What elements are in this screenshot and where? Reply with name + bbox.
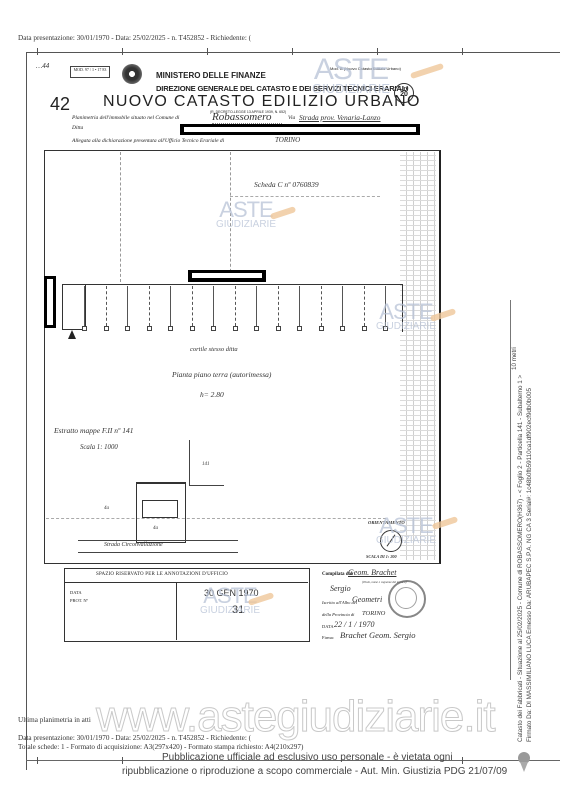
parcel-b-label: 4a xyxy=(153,526,158,531)
ufficio-value: TORINO xyxy=(275,136,300,144)
footer-publication-line2: ripubblicazione o riproduzione a scopo c… xyxy=(122,766,507,777)
garage-post xyxy=(340,326,345,331)
pianta-label: Pianta piano terra (autorimessa) xyxy=(172,370,271,379)
strada-label: Strada Circonvallazione xyxy=(104,542,163,548)
garage-divider xyxy=(170,286,171,326)
garage-divider xyxy=(106,286,107,326)
footer-ultima: Ultima planimetria in atti xyxy=(18,716,91,724)
office-box xyxy=(64,568,310,642)
map-line xyxy=(189,485,224,486)
firma-value: Brachet Geom. Sergio xyxy=(340,630,415,640)
frame-left-ruler xyxy=(26,52,27,770)
ruler-tick xyxy=(462,48,463,55)
garage-divider xyxy=(299,286,300,326)
ruler-tick xyxy=(37,757,38,764)
republic-emblem-icon xyxy=(122,64,142,84)
row1-label: Planimetria dell'immobile situato nel Co… xyxy=(72,115,179,121)
road-line xyxy=(78,540,238,541)
garage-post xyxy=(125,326,130,331)
ruler-tick xyxy=(37,48,38,55)
frame-top-ruler xyxy=(26,52,560,53)
garage-divider xyxy=(84,286,85,326)
garage-post xyxy=(190,326,195,331)
garage-divider xyxy=(321,286,322,326)
garage-post xyxy=(147,326,152,331)
road-line xyxy=(78,552,238,553)
header-presentation-line: Data presentazione: 30/01/1970 - Data: 2… xyxy=(18,34,251,42)
garage-divider xyxy=(256,286,257,326)
redaction-plan xyxy=(188,270,266,282)
watermark-aste: ASTE GIUDIZIARIE xyxy=(312,56,390,95)
garage-post xyxy=(319,326,324,331)
estratto-label: Estratto mappe F.II nº 141 xyxy=(54,426,133,435)
ruler-tick xyxy=(292,48,293,55)
garage-post xyxy=(168,326,173,331)
entrance-arrow-icon xyxy=(68,330,76,339)
side-scale-label: 10 metri xyxy=(511,347,518,370)
height-label: h= 2.80 xyxy=(200,390,224,399)
scala-estratto-label: Scala 1: 1000 xyxy=(80,444,118,451)
garage-roof-line xyxy=(62,284,402,285)
scheda-label: Scheda C nº 0760839 xyxy=(254,180,319,189)
garage-post xyxy=(82,326,87,331)
grid-line xyxy=(120,152,121,282)
ruler-tick xyxy=(122,757,123,764)
garage-box xyxy=(62,284,86,330)
redaction-ditta xyxy=(180,124,420,135)
garage-divider xyxy=(213,286,214,326)
footer-line2: Totale schede: 1 - Formato di acquisizio… xyxy=(18,743,303,751)
footer-line1: Data presentazione: 30/01/1970 - Data: 2… xyxy=(18,734,251,742)
ruler-tick xyxy=(207,48,208,55)
garage-post xyxy=(104,326,109,331)
official-round-stamp xyxy=(388,580,426,618)
sig-data-value: 22 / 1 / 1970 xyxy=(334,620,374,629)
office-data-label: DATA xyxy=(70,590,82,595)
building-inner xyxy=(142,500,178,518)
firma-label: Firma: xyxy=(322,635,334,640)
garage-post xyxy=(211,326,216,331)
garage-divider xyxy=(235,286,236,326)
grid-line xyxy=(46,518,386,519)
footer-publication-line1: Pubblicazione ufficiale ad esclusivo uso… xyxy=(162,752,453,763)
watermark-aste: ASTE GIUDIZIARIE xyxy=(376,302,436,331)
comune-value: Robassomero xyxy=(212,111,282,124)
ruler-tick xyxy=(462,757,463,764)
side-catasto-line: Catasto dei Fabbricati - Situazione al 2… xyxy=(517,375,524,742)
garage-post xyxy=(297,326,302,331)
office-box-vdivider xyxy=(176,582,177,640)
garage-post xyxy=(233,326,238,331)
garage-post xyxy=(254,326,259,331)
provincia-label: della Provincia di xyxy=(322,612,354,617)
office-box-divider xyxy=(64,582,308,583)
watermark-aste: ASTE GIUDIZIARIE xyxy=(376,516,436,545)
via-value: Strada prov. Venaria-Lanzo xyxy=(299,113,381,122)
stamp-box: MOD. 97 / 1 • 17 83 xyxy=(70,66,110,78)
watermark-aste: ASTE GIUDIZIARIE xyxy=(216,200,276,229)
certificate-ribbon-tail xyxy=(520,762,528,772)
garage-post xyxy=(276,326,281,331)
map-line xyxy=(189,440,190,485)
corner-mark: …44 xyxy=(36,62,49,70)
compilata-value: Geom. Brachet xyxy=(348,568,396,577)
sheet-number: 42 xyxy=(50,94,70,115)
garage-divider xyxy=(278,286,279,326)
garage-divider xyxy=(192,286,193,326)
row3-label: Allegata alla dichiarazione presentata a… xyxy=(72,138,224,144)
sig-data-label: DATA xyxy=(322,624,334,629)
garage-divider xyxy=(149,286,150,326)
via-label: Via xyxy=(288,115,295,121)
plan-grid-strip xyxy=(400,152,436,560)
provincia-value: TORINO xyxy=(362,610,385,617)
watermark-gavel-icon xyxy=(410,63,444,79)
redaction-left xyxy=(44,276,56,328)
parcel-141-label: 141 xyxy=(202,462,210,467)
albo-value: Geometri xyxy=(352,595,382,604)
garage-divider xyxy=(127,286,128,326)
office-prot-label: PROT. Nº xyxy=(70,598,88,603)
ruler-tick xyxy=(122,48,123,55)
scala-plan-label: SCALA DI 1: 200 xyxy=(366,554,397,559)
first-name: Sergio xyxy=(330,584,351,593)
garage-post xyxy=(362,326,367,331)
cortile-label: cortile stesso ditta xyxy=(190,346,238,353)
office-title: SPAZIO RISERVATO PER LE ANNOTAZIONI D'UF… xyxy=(96,572,228,577)
garage-divider xyxy=(342,286,343,326)
ministry-label: MINISTERO DELLE FINANZE xyxy=(156,71,266,80)
garage-divider xyxy=(364,286,365,326)
side-signature-line: Firmato Da: DI MASSIMILIANO LUCA Emesso … xyxy=(526,388,533,742)
parcel-a-label: 4a xyxy=(104,506,109,511)
ditta-label: Ditta xyxy=(72,125,83,131)
